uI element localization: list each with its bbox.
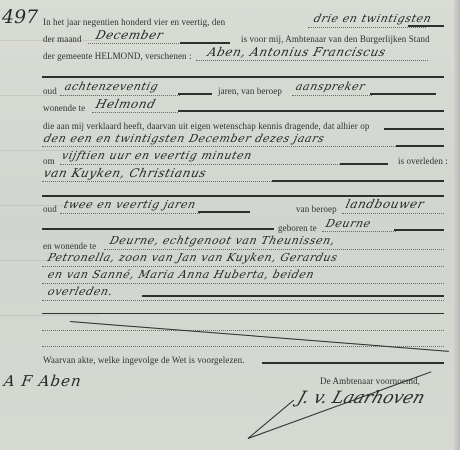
handwritten-declarant-name: Aben, Antonius Franciscus	[206, 45, 387, 59]
fill-line	[88, 43, 183, 44]
fill-line	[394, 229, 444, 231]
handwritten-death-date: den een en twintigsten December dezes ja…	[42, 132, 326, 145]
fill-line	[60, 95, 180, 96]
fill-line	[42, 330, 444, 331]
printed-deceased-occupation-label: van beroep	[296, 204, 337, 214]
handwritten-residence-line-1: Deurne, echtgenoot van Theunissen,	[108, 234, 336, 247]
document-page: 497 In het jaar negentien honderd vier e…	[0, 0, 460, 450]
handwritten-month: December	[94, 28, 165, 42]
signature-flourish	[248, 400, 295, 439]
ruled-line	[42, 76, 444, 78]
printed-birthplace-label: geboren te	[278, 223, 317, 233]
handwritten-declarant-age: achtenzeventig	[63, 80, 160, 93]
handwritten-deceased-birthplace: Deurne	[324, 217, 372, 230]
handwritten-declarant-residence: Helmond	[94, 97, 157, 111]
printed-residence-label: wonende te	[43, 103, 85, 113]
fill-line	[370, 93, 436, 95]
fill-line	[408, 25, 444, 27]
handwritten-residence-line-2: Petronella, zoon van Jan van Kuyken, Ger…	[46, 251, 339, 264]
fill-line	[42, 181, 274, 182]
fill-line	[196, 60, 428, 61]
act-number: 497	[2, 6, 38, 28]
printed-month-label: der maand	[43, 34, 82, 44]
fill-line	[142, 295, 444, 297]
page-edge	[454, 0, 460, 450]
printed-municipality: der gemeente HELMOND, verschenen :	[43, 51, 192, 61]
handwritten-deceased-age: twee en veertig jaren	[62, 198, 197, 211]
fill-line	[384, 128, 444, 130]
declarant-signature: A F Aben	[3, 372, 83, 390]
handwritten-declarant-occupation: aanspreker	[294, 80, 366, 93]
fill-line	[60, 213, 200, 214]
handwritten-day: drie en twintigsten	[312, 12, 433, 25]
fill-line	[322, 231, 396, 232]
printed-line-year: In het jaar negentien honderd vier en ve…	[43, 17, 225, 27]
printed-declaration: die aan mij verklaard heeft, daarvan uit…	[43, 121, 369, 131]
fill-line	[272, 180, 444, 182]
fill-line	[60, 164, 342, 165]
cancel-stroke	[70, 321, 449, 352]
printed-deceased-residence-label: en wonende te	[43, 241, 96, 251]
handwritten-deceased-name: van Kuyken, Christianus	[42, 166, 208, 180]
printed-time-label: om	[43, 156, 55, 166]
fill-line	[198, 211, 250, 213]
printed-occupation-label: jaren, van beroep	[218, 86, 282, 96]
fill-line	[178, 110, 444, 112]
printed-official-clause: is voor mij, Ambtenaar van den Burgerlij…	[241, 34, 430, 44]
handwritten-residence-line-4: overleden.	[46, 285, 114, 298]
fill-line	[104, 249, 444, 250]
fill-line	[42, 146, 398, 147]
fill-line	[262, 362, 444, 364]
fill-line	[180, 42, 230, 44]
fill-line	[178, 93, 212, 95]
fill-line	[308, 27, 426, 28]
fill-line	[92, 112, 178, 113]
printed-deceased-age-label: oud	[43, 204, 57, 214]
margin-rule	[0, 315, 100, 316]
printed-age-label: oud	[43, 86, 57, 96]
printed-died-label: is overleden :	[398, 156, 448, 166]
fill-line	[42, 300, 444, 301]
fill-line	[42, 283, 444, 284]
fill-line	[42, 228, 274, 230]
fill-line	[396, 145, 444, 147]
ruled-line	[42, 313, 444, 314]
handwritten-death-time: vijftien uur en veertig minuten	[60, 149, 253, 162]
handwritten-deceased-occupation: landbouwer	[344, 197, 426, 211]
printed-closing: Waarvan akte, welke ingevolge de Wet is …	[43, 355, 245, 365]
fill-line	[342, 213, 444, 214]
fill-line	[340, 163, 388, 165]
fill-line	[42, 266, 444, 267]
fill-line	[292, 95, 372, 96]
handwritten-residence-line-3: en van Sanné, Maria Anna Huberta, beiden	[46, 268, 315, 281]
